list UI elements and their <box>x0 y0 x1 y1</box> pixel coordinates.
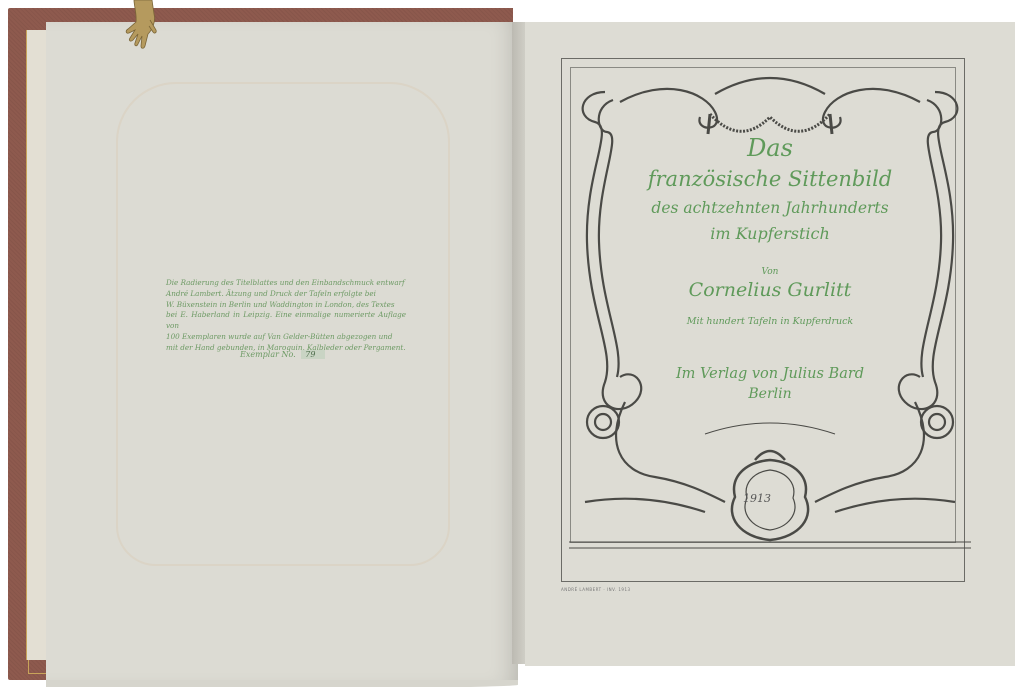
exemplar-label: Exemplar No. <box>240 350 296 359</box>
publication-city: Berlin <box>525 386 1015 402</box>
title-line-3: des achtzehnten Jahrhunderts <box>525 199 1015 217</box>
author-name: Cornelius Gurlitt <box>525 279 1015 301</box>
rococo-cartouche-frame-icon <box>525 22 1015 666</box>
exemplar-number: 79 <box>301 350 325 359</box>
title-line-1: Das <box>525 134 1015 162</box>
title-line-2: französische Sittenbild <box>525 167 1015 191</box>
brass-hand-bookmark-icon <box>112 0 172 52</box>
by-label: Von <box>525 267 1015 277</box>
open-book: Die Radierung des Titelblattes und den E… <box>0 0 1024 687</box>
title-page: Das französische Sittenbild des achtzehn… <box>525 22 1015 666</box>
left-flyleaf-page: Die Radierung des Titelblattes und den E… <box>46 22 518 682</box>
colophon-line: André Lambert. Ätzung und Druck der Tafe… <box>166 289 406 300</box>
exemplar-line: Exemplar No. 79 <box>240 350 325 359</box>
title-line-4: im Kupferstich <box>525 224 1015 243</box>
subtitle: Mit hundert Tafeln in Kupferdruck <box>525 316 1015 327</box>
engraver-imprint: ANDRÉ LAMBERT · INV. 1913 <box>561 587 631 592</box>
colophon-line: bei E. Haberland in Leipzig. Eine einmal… <box>166 310 406 332</box>
colophon-text: Die Radierung des Titelblattes und den E… <box>166 278 406 354</box>
colophon-line: 100 Exemplaren wurde auf Van Gelder-Bütt… <box>166 332 406 343</box>
publication-year: 1913 <box>743 492 771 505</box>
colophon-line: W. Büxenstein in Berlin und Waddington i… <box>166 300 406 311</box>
publisher: Im Verlag von Julius Bard <box>525 366 1015 382</box>
colophon-line: Die Radierung des Titelblattes und den E… <box>166 278 406 289</box>
